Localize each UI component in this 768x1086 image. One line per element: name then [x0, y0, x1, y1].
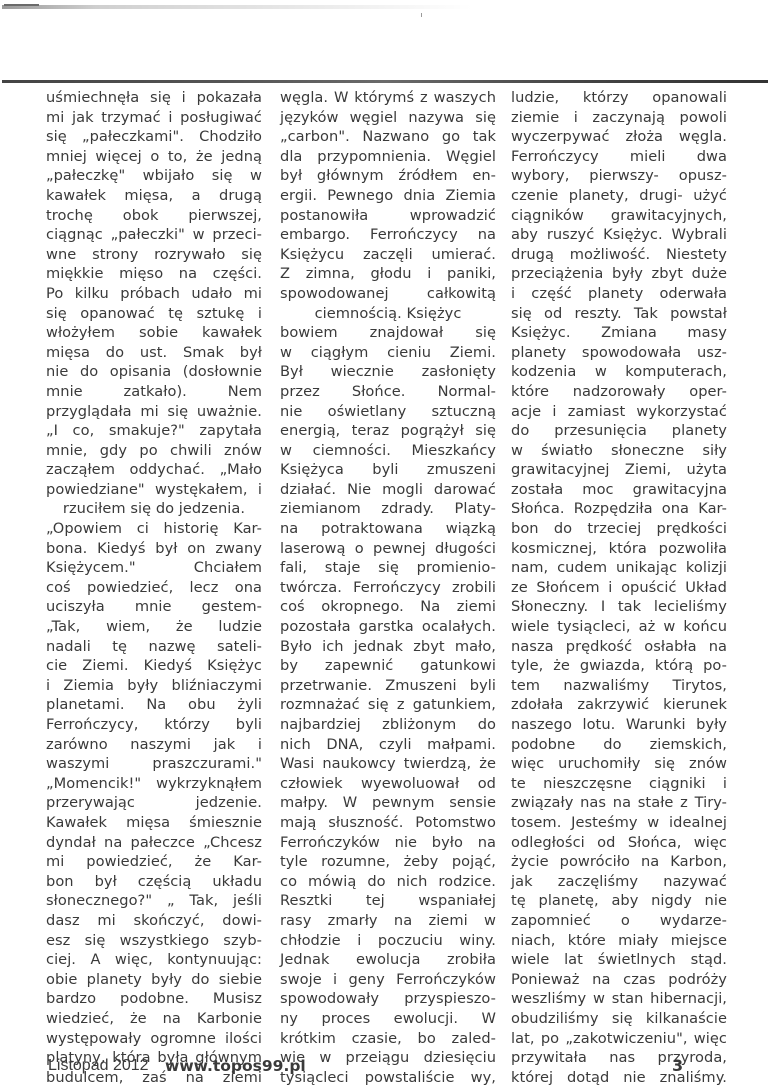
text-line: włożyłem sobie kawałek: [46, 323, 262, 343]
page-footer: Listopad 2012 www.topos99.pl 3: [48, 1054, 728, 1078]
text-line: coś powiedzieć, lecz ona: [46, 578, 262, 598]
text-line: się opanować tę sztukę i: [46, 304, 262, 324]
text-line: „I co, smakuje?" zapytała: [46, 421, 262, 441]
text-line: Ferrończyków nie było na: [280, 833, 496, 853]
page-number: 3: [672, 1054, 683, 1078]
text-line: człowiek wyewoluował od: [280, 774, 496, 794]
text-line: kawałek mięsa, a drugą: [46, 186, 262, 206]
text-line: życie powróciło na Karbon,: [511, 852, 727, 872]
text-line: wiedzieć, że na Karbonie: [46, 1009, 262, 1029]
text-line: waszymi praszczurami.": [46, 754, 262, 774]
text-line: zdołała zakrzywić kierunek: [511, 695, 727, 715]
text-line: się od reszty. Tak powstał: [511, 304, 727, 324]
text-line: esz się wszystkiego szyb-: [46, 931, 262, 951]
text-line: chłodzie i poczuciu winy.: [280, 931, 496, 951]
text-line: Księżyc. Zmiana masy: [511, 323, 727, 343]
text-line: pozostała garstka ocalałych.: [280, 617, 496, 637]
text-line: mniej więcej o to, że jedną: [46, 147, 262, 167]
text-line: Księżycem." Chciałem: [46, 558, 262, 578]
text-line: Ferrończycy, którzy byli: [46, 715, 262, 735]
text-line: Jednak ewolucja zrobiła: [280, 950, 496, 970]
text-line: Po kilku próbach udało mi: [46, 284, 262, 304]
text-line: które nadzorowały oper-: [511, 382, 727, 402]
text-line: Słoneczny. I tak lecieliśmy: [511, 597, 727, 617]
text-line: drugą możliwość. Niestety: [511, 245, 727, 265]
text-line: dyndał na pałeczce „Chcesz: [46, 833, 262, 853]
text-line: Księżyca byli zmuszeni: [280, 460, 496, 480]
top-decorative-rule: [2, 5, 472, 9]
text-line: nam, cudem unikając kolizji: [511, 558, 727, 578]
text-line: ergii. Pewnego dnia Ziemia: [280, 186, 496, 206]
text-line: by zapewnić gatunkowi: [280, 656, 496, 676]
text-line: ciągnąc „pałeczki" w przeci-: [46, 225, 262, 245]
text-line: mi jak trzymać i posługiwać: [46, 108, 262, 128]
text-line: ciej. A więc, kontynuując:: [46, 950, 262, 970]
text-line: małpy. W pewnym sensie: [280, 793, 496, 813]
text-line: spowodowanej całkowitą: [280, 284, 496, 304]
text-line: Był wiecznie zasłonięty: [280, 362, 496, 382]
text-line: Księżycu zaczęli umierać.: [280, 245, 496, 265]
text-line: nich DNA, czyli małpami.: [280, 735, 496, 755]
text-line: Z zimna, głodu i paniki,: [280, 264, 496, 284]
text-line: Było ich jednak zbyt mało,: [280, 637, 496, 657]
text-line: ny proces ewolucji. W: [280, 1009, 496, 1029]
text-line: acje i zamiast wykorzystać: [511, 402, 727, 422]
text-line: zapomnieć o wydarze-: [511, 911, 727, 931]
text-line: „Momencik!" wykrzyknąłem: [46, 774, 262, 794]
text-line: bona. Kiedyś był on zwany: [46, 539, 262, 559]
text-line: swoje i geny Ferrończyków: [280, 970, 496, 990]
text-line: związały nas na stałe z Tiry-: [511, 793, 727, 813]
text-line: weszliśmy w stan hibernacji,: [511, 989, 727, 1009]
text-line: uśmiechnęła się i pokazała: [46, 88, 262, 108]
text-line: Ferrończycy mieli dwa: [511, 147, 727, 167]
text-line: cie Ziemi. Kiedyś Księżyc: [46, 656, 262, 676]
text-line: tosem. Jesteśmy w idealnej: [511, 813, 727, 833]
text-line: laserową o pewnej długości: [280, 539, 496, 559]
text-line: działać. Nie mogli darować: [280, 480, 496, 500]
text-line: nie do opisania (dosłownie: [46, 362, 262, 382]
text-line: słonecznego?" „ Tak, jeśli: [46, 891, 262, 911]
text-line: rozmnażać się z gatunkiem,: [280, 695, 496, 715]
text-line: Słońca. Rozpędziła ona Kar-: [511, 499, 727, 519]
text-line: zarówno naszymi jak i: [46, 735, 262, 755]
text-line: na potraktowana wiązką: [280, 519, 496, 539]
text-line: nie oświetlany sztuczną: [280, 402, 496, 422]
text-line: lat, po „zakotwiczeniu", więc: [511, 1029, 727, 1049]
text-line: powiedziane" wystękałem, i: [46, 480, 262, 500]
text-line: i Ziemia były bliźniaczymi: [46, 676, 262, 696]
text-column-3: ludzie, którzy opanowaliziemie i zaczyna…: [511, 88, 727, 1086]
text-line: bon był częścią układu: [46, 872, 262, 892]
text-line: ziemianom zdrady. Platy-: [280, 499, 496, 519]
text-line: obudziliśmy się kilkanaście: [511, 1009, 727, 1029]
text-line: wyczerpywać złoża węgla.: [511, 127, 727, 147]
text-line: wiele tysiącleci, aż w końcu: [511, 617, 727, 637]
text-line: krótkim czasie, bo zaled-: [280, 1029, 496, 1049]
text-line: bardzo podobne. Musisz: [46, 989, 262, 1009]
text-line: co mówią do nich rodzice.: [280, 872, 496, 892]
text-line: zacząłem oddychać. „Mało: [46, 460, 262, 480]
text-line: kosmicznej, która pozwoliła: [511, 539, 727, 559]
text-line: jak zaczęliśmy nazywać: [511, 872, 727, 892]
text-line: przeciążenia były zbyt duże: [511, 264, 727, 284]
text-line: nasza prędkość osłabła na: [511, 637, 727, 657]
text-line: Resztki tej wspaniałej: [280, 891, 496, 911]
text-line: „Tak, wiem, że ludzie: [46, 617, 262, 637]
text-line: w ciemności. Mieszkańcy: [280, 441, 496, 461]
text-line: przez Słońce. Normal-: [280, 382, 496, 402]
text-line: odległości od Słońca, więc: [511, 833, 727, 853]
text-line: najbardziej zbliżonym do: [280, 715, 496, 735]
text-line: fali, staje się promienio-: [280, 558, 496, 578]
text-line: uciszyła mnie gestem-: [46, 597, 262, 617]
text-line: grawitacyjnej Ziemi, użyta: [511, 460, 727, 480]
website-link[interactable]: www.topos99.pl: [165, 1054, 306, 1078]
text-line: i część planety oderwała: [511, 284, 727, 304]
text-line: ludzie, którzy opanowali: [511, 88, 727, 108]
text-line: rzuciłem się do jedzenia.: [46, 499, 262, 519]
text-line: przetrwanie. Zmuszeni byli: [280, 676, 496, 696]
text-line: tem nazwaliśmy Tirytos,: [511, 676, 727, 696]
text-line: czenie planety, drugi- użyć: [511, 186, 727, 206]
text-line: do przesunięcia planety: [511, 421, 727, 441]
text-line: tyle rozumne, żeby pojąć,: [280, 852, 496, 872]
text-line: „carbon". Nazwano go tak: [280, 127, 496, 147]
text-line: mi powiedzieć, że Kar-: [46, 852, 262, 872]
text-line: rasy zmarły na ziemi w: [280, 911, 496, 931]
text-column-2: węgla. W którymś z waszychjęzyków węgiel…: [280, 88, 496, 1086]
text-line: mnie zatkało). Nem: [46, 382, 262, 402]
text-line: wne strony rozrywało się: [46, 245, 262, 265]
text-line: kodzenia w komputerach,: [511, 362, 727, 382]
text-line: postanowiła wprowadzić: [280, 206, 496, 226]
text-line: tę planetę, aby nigdy nie: [511, 891, 727, 911]
scan-speck: [421, 13, 422, 17]
text-line: przerywając jedzenie.: [46, 793, 262, 813]
text-line: węgla. W którymś z waszych: [280, 88, 496, 108]
text-line: Ponieważ na czas podróży: [511, 970, 727, 990]
text-line: niach, które miały miejsce: [511, 931, 727, 951]
text-line: wiele lat świetlnych stąd.: [511, 950, 727, 970]
text-line: dasz mi skończyć, dowi-: [46, 911, 262, 931]
text-line: tyle, że gwiazda, którą po-: [511, 656, 727, 676]
text-line: mnie, gdy po chwili znów: [46, 441, 262, 461]
text-line: podobne do ziemskich,: [511, 735, 727, 755]
text-line: języków węgiel nazywa się: [280, 108, 496, 128]
text-line: Kawałek mięsa śmiesznie: [46, 813, 262, 833]
text-line: planetami. Na obu żyli: [46, 695, 262, 715]
text-line: te nieszczęsne ciągniki i: [511, 774, 727, 794]
header-rule: [2, 80, 768, 83]
issue-date: Listopad 2012: [48, 1054, 149, 1078]
text-line: Wasi naukowcy twierdzą, że: [280, 754, 496, 774]
text-line: w ciągłym cieniu Ziemi.: [280, 343, 496, 363]
text-line: przyglądała mi się uważnie.: [46, 402, 262, 422]
text-line: w światło słoneczne siły: [511, 441, 727, 461]
text-line: twórcza. Ferrończycy zrobili: [280, 578, 496, 598]
text-line: „Opowiem ci historię Kar-: [46, 519, 262, 539]
text-line: bon do trzeciej prędkości: [511, 519, 727, 539]
article-body: uśmiechnęła się i pokazałami jak trzymać…: [46, 88, 726, 1048]
text-line: ciągników grawitacyjnych,: [511, 206, 727, 226]
text-line: planety spowodowała usz-: [511, 343, 727, 363]
text-line: występowały ogromne ilości: [46, 1029, 262, 1049]
text-line: bowiem znajdował się: [280, 323, 496, 343]
text-line: została moc grawitacyjna: [511, 480, 727, 500]
text-line: trochę obok pierwszej,: [46, 206, 262, 226]
text-line: „pałeczkę" wbijało się w: [46, 166, 262, 186]
text-line: obie planety były do siebie: [46, 970, 262, 990]
text-line: coś okropnego. Na ziemi: [280, 597, 496, 617]
text-line: embargo. Ferrończycy na: [280, 225, 496, 245]
text-line: się „pałeczkami". Chodziło: [46, 127, 262, 147]
text-line: wybory, pierwszy- opusz-: [511, 166, 727, 186]
text-line: ze Słońcem i opuścić Układ: [511, 578, 727, 598]
text-line: nadali tę nazwę sateli-: [46, 637, 262, 657]
text-line: był głównym źródłem en-: [280, 166, 496, 186]
text-line: miękkie mięso na części.: [46, 264, 262, 284]
text-column-1: uśmiechnęła się i pokazałami jak trzymać…: [46, 88, 262, 1086]
text-line: więc uruchomiły się znów: [511, 754, 727, 774]
text-line: mięsa do ust. Smak był: [46, 343, 262, 363]
text-line: mają słuszność. Potomstwo: [280, 813, 496, 833]
text-line: energią, teraz pogrążył się: [280, 421, 496, 441]
text-line: ziemie i zaczynają powoli: [511, 108, 727, 128]
text-line: ciemnością. Księżyc: [280, 304, 496, 324]
text-line: spowodowały przyspieszo-: [280, 989, 496, 1009]
text-line: dla przypomnienia. Węgiel: [280, 147, 496, 167]
text-line: aby ruszyć Księżyc. Wybrali: [511, 225, 727, 245]
text-line: naszego lotu. Warunki były: [511, 715, 727, 735]
